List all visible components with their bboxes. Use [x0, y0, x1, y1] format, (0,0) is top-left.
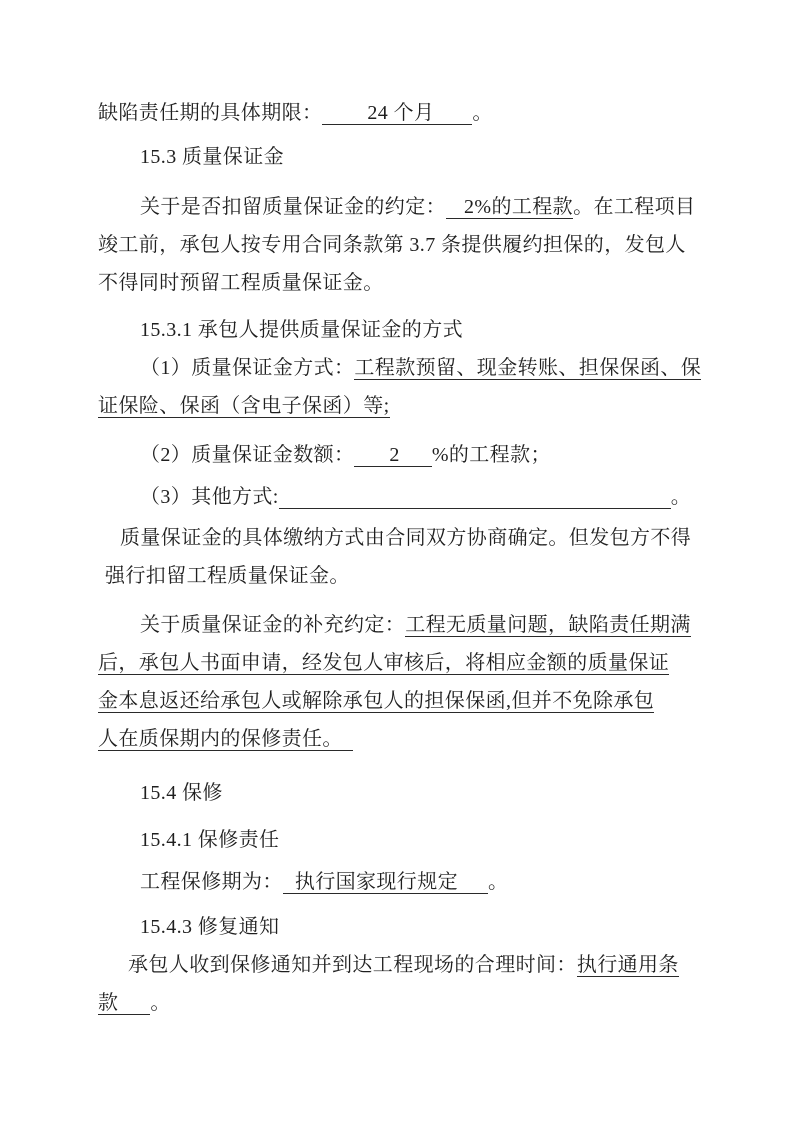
- heading-15-3-1: 15.3.1 承包人提供质量保证金的方式: [98, 311, 698, 349]
- underlined-text: 金本息返还给承包人或解除承包人的担保保函,但并不免除承包: [98, 690, 654, 713]
- text-segment: 15.4.1 保修责任: [140, 829, 279, 851]
- text-line: （3）其他方式:。: [98, 478, 698, 516]
- underlined-text: 后，承包人书面申请，经发包人审核后，将相应金额的质量保证: [98, 652, 669, 675]
- underlined-text: 证保险、保函（含电子保函）等;: [98, 395, 390, 418]
- document-page: 缺陷责任期的具体期限：24 个月。15.3 质量保证金关于是否扣留质量保证金的约…: [0, 0, 794, 1122]
- paragraph-payment-method: 质量保证金的具体缴纳方式由合同双方协商确定。但发包方不得强行扣留工程质量保证金。: [98, 519, 698, 595]
- text-segment: 15.4 保修: [140, 782, 223, 804]
- text-line: 15.4.1 保修责任: [98, 821, 698, 859]
- text-segment: %的工程款；: [432, 444, 551, 466]
- underlined-text: 2%的工程款: [446, 196, 573, 219]
- text-segment: 承包人收到保修通知并到达工程现场的合理时间：: [128, 954, 577, 976]
- text-segment: （2）质量保证金数额：: [140, 444, 354, 466]
- text-line: （1）质量保证金方式：工程款预留、现金转账、担保保函、保: [98, 349, 698, 387]
- text-segment: 。在工程项目: [573, 196, 695, 218]
- text-segment: 15.3.1 承包人提供质量保证金的方式: [140, 319, 463, 341]
- text-line: 款。: [98, 984, 698, 1022]
- text-segment: （1）质量保证金方式：: [140, 357, 354, 379]
- defect-liability-period-line: 缺陷责任期的具体期限：24 个月。: [98, 94, 698, 132]
- heading-15-4-1: 15.4.1 保修责任: [98, 821, 698, 859]
- text-segment: 强行扣留工程质量保证金。: [105, 565, 350, 587]
- text-line: 关于质量保证金的补充约定：工程无质量问题，缺陷责任期满: [98, 606, 698, 644]
- warranty-period-line: 工程保修期为：执行国家现行规定。: [98, 863, 698, 901]
- text-segment: 。: [472, 102, 492, 124]
- text-line: 人在质保期内的保修责任。: [98, 720, 698, 758]
- text-segment: 不得同时预留工程质量保证金。: [98, 272, 384, 294]
- text-line: 缺陷责任期的具体期限：24 个月。: [98, 94, 698, 132]
- text-line: 15.4 保修: [98, 774, 698, 812]
- paragraph-repair-notice: 承包人收到保修通知并到达工程现场的合理时间：执行通用条款。: [98, 946, 698, 1022]
- text-line: 承包人收到保修通知并到达工程现场的合理时间：执行通用条: [98, 946, 698, 984]
- text-segment: 15.3 质量保证金: [140, 146, 284, 168]
- text-segment: 15.4.3 修复通知: [140, 916, 279, 938]
- underlined-text: 执行通用条: [577, 954, 679, 977]
- underlined-text: 工程无质量问题，缺陷责任期满: [405, 614, 691, 637]
- underlined-text: 工程款预留、现金转账、担保保函、保: [354, 357, 701, 380]
- text-line: 金本息返还给承包人或解除承包人的担保保函,但并不免除承包: [98, 682, 698, 720]
- text-line: 不得同时预留工程质量保证金。: [98, 264, 698, 302]
- text-line: 15.3.1 承包人提供质量保证金的方式: [98, 311, 698, 349]
- underlined-text: 款: [98, 992, 150, 1015]
- text-line: 后，承包人书面申请，经发包人审核后，将相应金额的质量保证: [98, 644, 698, 682]
- text-segment: 关于是否扣留质量保证金的约定：: [140, 196, 446, 218]
- text-line: 质量保证金的具体缴纳方式由合同双方协商确定。但发包方不得: [98, 519, 698, 557]
- text-line: 证保险、保函（含电子保函）等;: [98, 387, 698, 425]
- text-segment: 竣工前，承包人按专用合同条款第 3.7 条提供履约担保的，发包人: [98, 234, 686, 256]
- text-segment: 缺陷责任期的具体期限：: [98, 102, 322, 124]
- text-segment: 。: [671, 486, 691, 508]
- text-line: 关于是否扣留质量保证金的约定：2%的工程款。在工程项目: [98, 188, 698, 226]
- underlined-text: 人在质保期内的保修责任。: [98, 728, 353, 751]
- text-segment: 。: [488, 871, 508, 893]
- text-line: 15.4.3 修复通知: [98, 908, 698, 946]
- text-segment: 。: [150, 992, 170, 1014]
- blank-underline: [279, 486, 671, 509]
- text-segment: 关于质量保证金的补充约定：: [140, 614, 405, 636]
- underlined-text: 24 个月: [322, 102, 472, 125]
- text-line: 15.3 质量保证金: [98, 138, 698, 176]
- underlined-text: 2: [354, 444, 431, 467]
- text-segment: （3）其他方式:: [140, 486, 279, 508]
- heading-15-4-3: 15.4.3 修复通知: [98, 908, 698, 946]
- heading-15-3: 15.3 质量保证金: [98, 138, 698, 176]
- item-guarantee-amount: （2）质量保证金数额：2%的工程款；: [98, 436, 698, 474]
- item-other-method: （3）其他方式:。: [98, 478, 698, 516]
- text-segment: 工程保修期为：: [140, 871, 283, 893]
- text-line: 竣工前，承包人按专用合同条款第 3.7 条提供履约担保的，发包人: [98, 226, 698, 264]
- text-line: 强行扣留工程质量保证金。: [98, 557, 698, 595]
- paragraph-retention-agreement: 关于是否扣留质量保证金的约定：2%的工程款。在工程项目竣工前，承包人按专用合同条…: [98, 188, 698, 302]
- underlined-text: 执行国家现行规定: [283, 871, 488, 894]
- text-line: 工程保修期为：执行国家现行规定。: [98, 863, 698, 901]
- heading-15-4: 15.4 保修: [98, 774, 698, 812]
- text-line: （2）质量保证金数额：2%的工程款；: [98, 436, 698, 474]
- paragraph-supplementary-agreement: 关于质量保证金的补充约定：工程无质量问题，缺陷责任期满后，承包人书面申请，经发包…: [98, 606, 698, 758]
- item-guarantee-method: （1）质量保证金方式：工程款预留、现金转账、担保保函、保证保险、保函（含电子保函…: [98, 349, 698, 425]
- text-segment: 质量保证金的具体缴纳方式由合同双方协商确定。但发包方不得: [120, 527, 691, 549]
